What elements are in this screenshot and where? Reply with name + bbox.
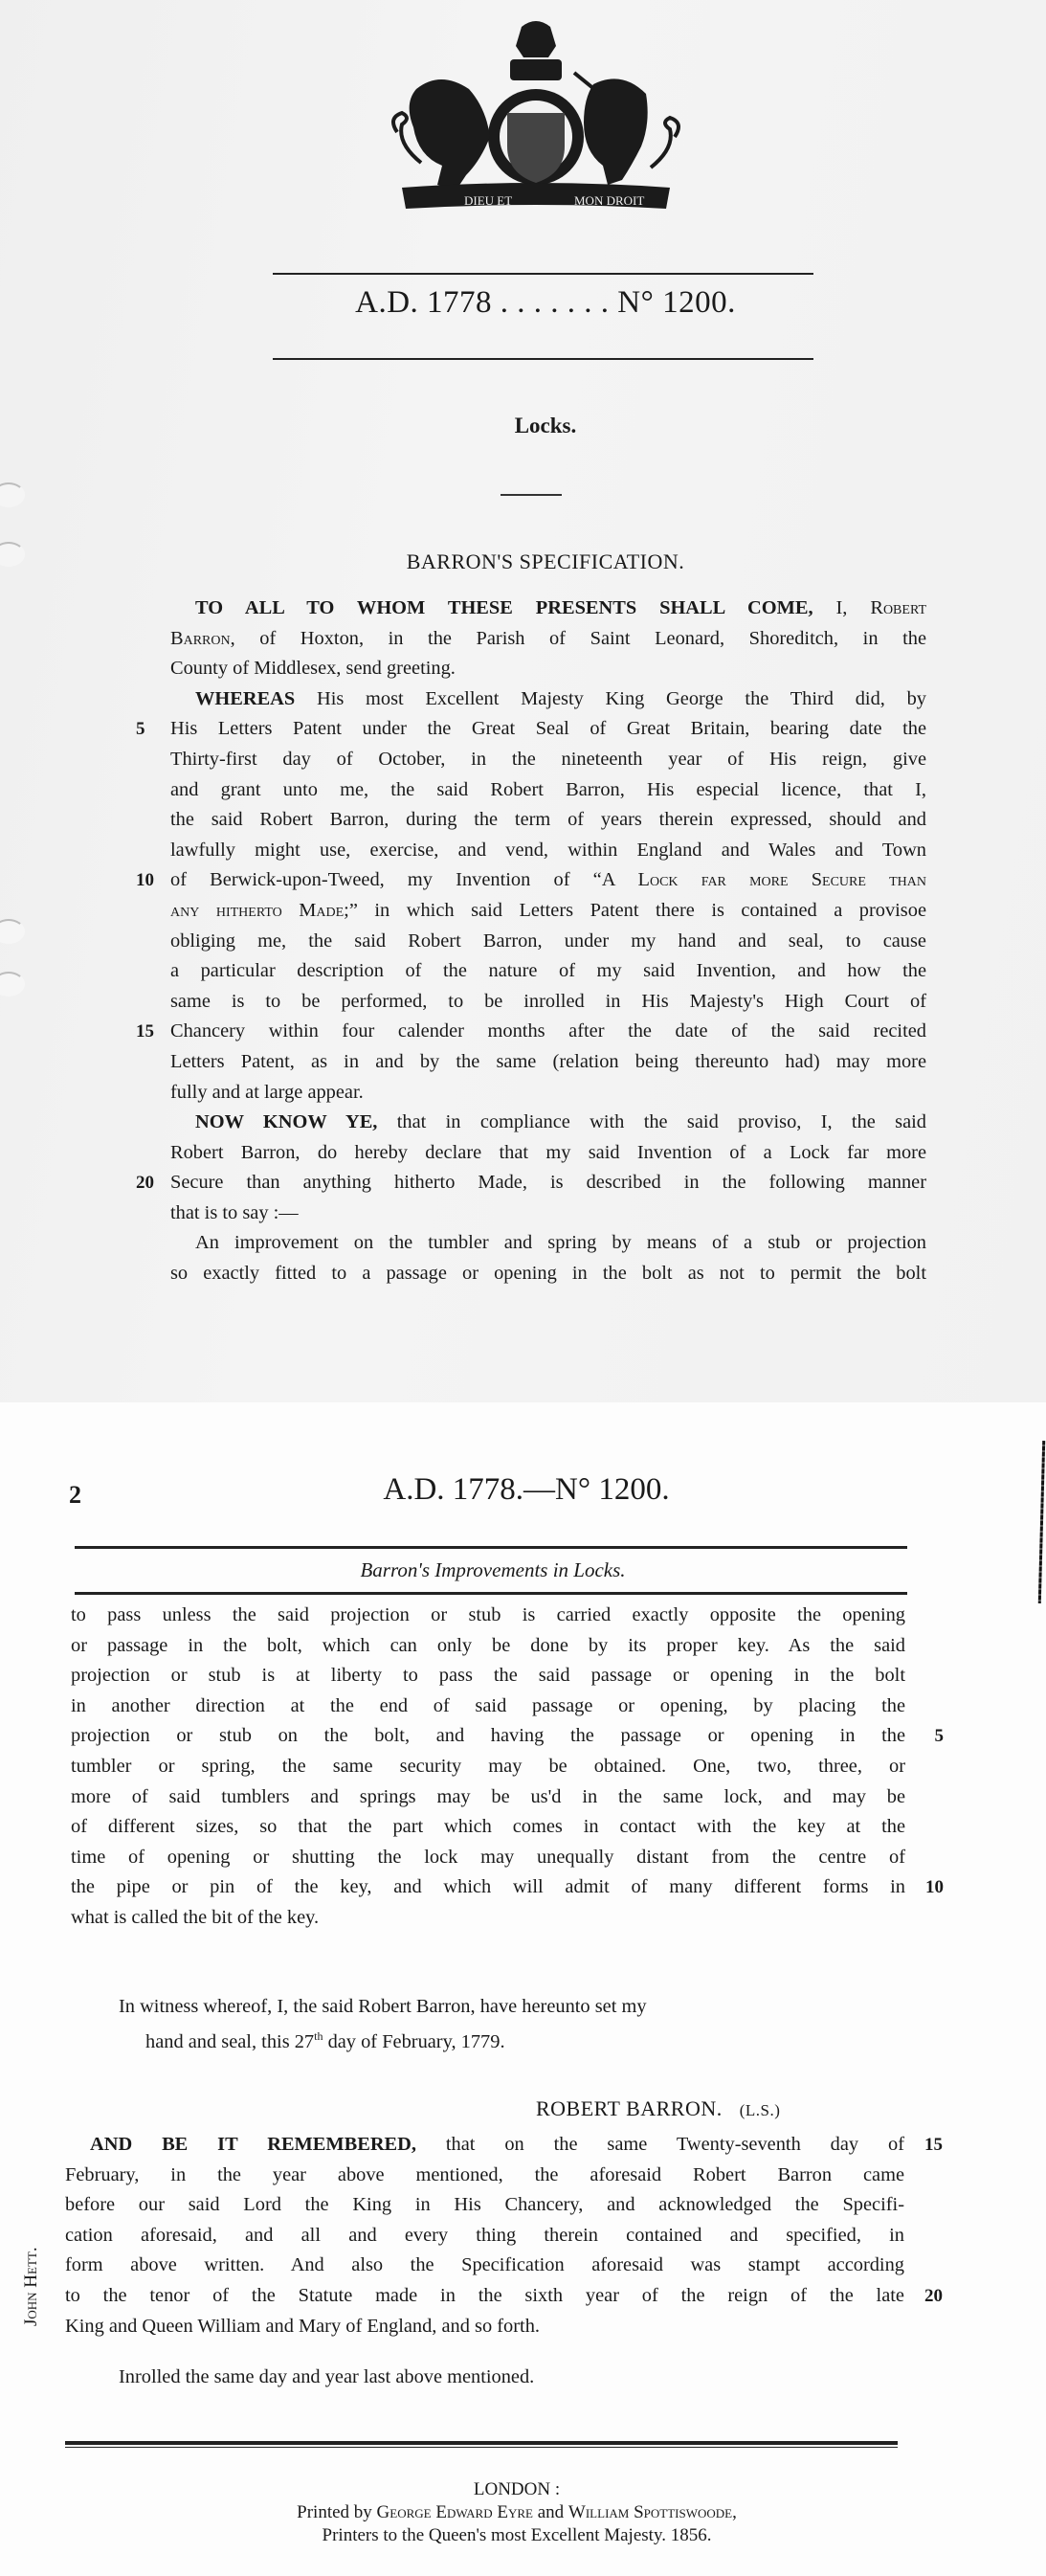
punch-hole	[0, 972, 25, 997]
text-line: obliging me, the said Robert Barron, und…	[170, 927, 926, 957]
page-2-body: to pass unless the said projection or st…	[71, 1601, 905, 1934]
text-line: projection or stub is at liberty to pass…	[71, 1661, 905, 1691]
line-number: 5	[935, 1721, 945, 1752]
line-number: 10	[925, 1872, 944, 1903]
text-line: to the tenor of the Statute made in the …	[65, 2281, 904, 2312]
page-1-body: TO ALL TO WHOM THESE PRESENTS SHALL COME…	[170, 594, 926, 1289]
witness-line-1: In witness whereof, I, the said Robert B…	[119, 1996, 647, 2018]
text-line: AND BE IT REMEMBERED, that on the same T…	[65, 2130, 904, 2161]
page-1: DIEU ET MON DROIT A.D. 1778 . . . . . . …	[0, 0, 1046, 1402]
footer-rule	[65, 2441, 898, 2445]
text-line: County of Middlesex, send greeting.	[170, 654, 926, 684]
text-line: His Letters Patent under the Great Seal …	[170, 714, 926, 745]
text-line: so exactly fitted to a passage or openin…	[170, 1259, 926, 1289]
text-line: form above written. And also the Specifi…	[65, 2251, 904, 2281]
svg-text:DIEU ET: DIEU ET	[464, 193, 512, 208]
footer-city: LONDON :	[144, 2479, 890, 2500]
running-head-rule-bottom	[75, 1592, 907, 1595]
text-line: of Berwick-upon-Tweed, my Invention of “…	[170, 865, 926, 896]
text-line: same is to be performed, to be inrolled …	[170, 987, 926, 1018]
signature: ROBERT BARRON. (L.S.)	[536, 2096, 780, 2121]
svg-text:MON DROIT: MON DROIT	[574, 193, 644, 208]
text-line: or passage in the bolt, which can only b…	[71, 1631, 905, 1662]
text-line: WHEREAS His most Excellent Majesty King …	[170, 684, 926, 715]
inrolled-line: Inrolled the same day and year last abov…	[119, 2366, 534, 2388]
punch-hole	[0, 919, 25, 944]
text-line: Letters Patent, as in and by the same (r…	[170, 1047, 926, 1078]
punch-hole	[0, 542, 25, 567]
text-line: TO ALL TO WHOM THESE PRESENTS SHALL COME…	[170, 594, 926, 624]
remembrance-body: AND BE IT REMEMBERED, that on the same T…	[65, 2130, 904, 2341]
text-line: King and Queen William and Mary of Engla…	[65, 2312, 904, 2342]
text-line: lawfully might use, exercise, and vend, …	[170, 836, 926, 866]
specification-title: BARRON'S SPECIFICATION.	[172, 549, 919, 574]
text-line: what is called the bit of the key.	[71, 1903, 905, 1934]
text-line: and grant unto me, the said Robert Barro…	[170, 775, 926, 806]
line-number: 15	[924, 2130, 943, 2161]
text-line: to pass unless the said projection or st…	[71, 1601, 905, 1631]
footer-imprint: Printers to the Queen's most Excellent M…	[144, 2525, 890, 2546]
short-rule	[501, 494, 562, 496]
text-line: in another direction at the end of said …	[71, 1691, 905, 1722]
text-line: before our said Lord the King in His Cha…	[65, 2190, 904, 2221]
text-line: Barron, of Hoxton, in the Parish of Sain…	[170, 624, 926, 655]
page-2-header: A.D. 1778.—N° 1200.	[230, 1472, 823, 1508]
header-rule-bottom	[273, 358, 813, 360]
text-line: of different sizes, so that the part whi…	[71, 1812, 905, 1843]
line-number: 20	[924, 2281, 943, 2312]
text-line: Robert Barron, do hereby declare that my…	[170, 1138, 926, 1169]
text-line: projection or stub on the bolt, and havi…	[71, 1721, 905, 1752]
text-line: time of opening or shutting the lock may…	[71, 1843, 905, 1873]
text-line: any hitherto Made;” in which said Letter…	[170, 896, 926, 927]
royal-coat-of-arms-icon: DIEU ET MON DROIT	[388, 17, 684, 213]
footer-rule-thin	[65, 2447, 898, 2448]
subject-title: Locks.	[278, 414, 813, 438]
running-head: Barron's Improvements in Locks.	[77, 1558, 909, 1582]
punch-hole	[0, 482, 25, 507]
text-line: the pipe or pin of the key, and which wi…	[71, 1872, 905, 1903]
text-line: fully and at large appear.	[170, 1078, 926, 1109]
page-number: 2	[69, 1481, 81, 1510]
text-line: Thirty-first day of October, in the nine…	[170, 745, 926, 775]
clerk-name: John Hett.	[21, 2247, 42, 2326]
text-line: a particular description of the nature o…	[170, 956, 926, 987]
line-number: 20	[136, 1168, 154, 1198]
line-number: 10	[136, 865, 154, 896]
text-line: tumbler or spring, the same security may…	[71, 1752, 905, 1782]
line-number: 15	[136, 1017, 154, 1047]
text-line: Secure than anything hitherto Made, is d…	[170, 1168, 926, 1198]
seal-mark: (L.S.)	[740, 2101, 781, 2119]
text-line: February, in the year above mentioned, t…	[65, 2161, 904, 2191]
text-line: cation aforesaid, and all and every thin…	[65, 2221, 904, 2251]
witness-line-2: hand and seal, this 27th day of February…	[145, 2029, 505, 2053]
page-1-header: A.D. 1778 . . . . . . . N° 1200.	[278, 285, 813, 321]
text-line: the said Robert Barron, during the term …	[170, 805, 926, 836]
text-line: that is to say :—	[170, 1198, 926, 1229]
text-line: Chancery within four calender months aft…	[170, 1017, 926, 1047]
running-head-rule-top	[75, 1546, 907, 1549]
text-line: NOW KNOW YE, that in compliance with the…	[170, 1108, 926, 1138]
line-number: 5	[136, 714, 145, 745]
footer-printers: Printed by George Edward Eyre and Willia…	[144, 2502, 890, 2523]
text-line: more of said tumblers and springs may be…	[71, 1782, 905, 1813]
header-rule-top	[273, 273, 813, 275]
text-line: An improvement on the tumbler and spring…	[170, 1228, 926, 1259]
